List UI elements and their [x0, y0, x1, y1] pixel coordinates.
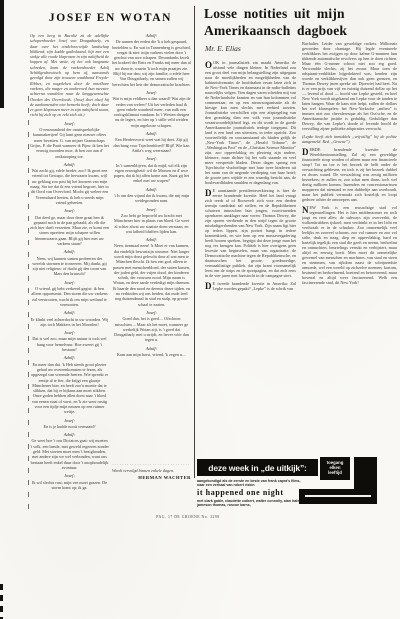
left-article-column-1: Op een berg in Bucolië zit de adellijke … — [30, 33, 109, 514]
continuation-notice: Wordt vervolgd binnen enkele dagen. — [112, 468, 191, 473]
ad-banner: deze week in „de uitkijk”: — [197, 459, 318, 476]
right-article-headline: Losse notities uit mijn Amerikaansch dag… — [204, 5, 356, 39]
verse-text: De namen der eeden die 'k u heb gespaard… — [112, 39, 191, 87]
speaker-label: Josef: — [112, 310, 191, 315]
speaker-label: Josef: — [112, 207, 191, 212]
article-paragraph: DERDE brandende kwestie: de Wereldtentoo… — [302, 147, 397, 202]
speaker-label: Josef: — [30, 121, 109, 126]
paragraph-text: E tweede brandende kwestie in Amerika: Z… — [213, 281, 297, 291]
dropcap: D — [205, 189, 212, 197]
headline-line-2: Amerikaansch dagboek — [204, 22, 356, 39]
ad-age-admission-box: toegang elken leeftijd — [320, 457, 350, 480]
article-paragraph: Buchalter. Leider van geweldige rackets.… — [302, 41, 397, 131]
verse-text: Dat is wel zoo, maar mijn natuur is toch… — [30, 336, 109, 352]
article-paragraph: NEW York is een reusachtige stad vol teg… — [302, 205, 397, 285]
paragraph-text: EW York is een reusachtige stad vol tege… — [302, 205, 397, 285]
paragraph-text: OK in journalistiek zin maakt Amerika de… — [205, 60, 296, 185]
paragraph-text: ERDE brandende kwestie: de Wereldtentoon… — [302, 147, 397, 202]
verse-text: Ik wil slechts rust; mijn vee moet graze… — [30, 480, 109, 491]
speaker-label: Josef: — [112, 90, 191, 95]
article-paragraph: OOK in journalistiek zin maakt Amerika d… — [205, 60, 296, 185]
left-article-headline: JOSEF EN WOTAN — [30, 12, 191, 24]
right-article-column-2: Buchalter. Leider van geweldige rackets.… — [302, 41, 397, 457]
speaker-label: Josef: — [30, 330, 109, 335]
speaker-label: Adolf: — [30, 310, 109, 315]
verse-text: Een Herdersvorst weet wat hij doet. Zijt… — [112, 137, 191, 153]
speaker-label: Josef: — [30, 280, 109, 285]
speaker-label: Adolf: — [112, 237, 191, 242]
dropcap: D — [302, 148, 309, 156]
intro-paragraph: Op een berg in Bucolië zit de adellijke … — [30, 33, 109, 118]
dotted-rule: ........................................… — [112, 461, 191, 466]
newspaper-page: JOSEF EN WOTAN Op een berg in Bucolië zi… — [0, 0, 400, 619]
byline: Mr. E. Elias — [205, 44, 241, 53]
author-signature: HERMAN WACHTER — [112, 475, 191, 480]
dropcap: D — [205, 282, 212, 290]
speaker-label: Adolf: — [30, 355, 109, 360]
verse-text: Wat zocht gij, edele herder, zoo? Ik gro… — [30, 168, 109, 205]
verse-text: Kom aan mijn borst, vriend, 'k zegen u..… — [112, 352, 191, 357]
paragraph-text: Buchalter. Leider van geweldige rackets.… — [302, 41, 397, 131]
speaker-label: Adolf: — [30, 249, 109, 254]
dropcap: N — [302, 206, 309, 214]
speaker-label: Adolf: — [112, 187, 191, 192]
verse-text: O vriend, gij hebt verkeerd gegist: ik b… — [30, 286, 109, 307]
article-paragraph: DE aanstaande presidentsverkiezing is hi… — [205, 188, 296, 278]
ad-description-text: aangekondigd als de eerste en beste van … — [197, 479, 303, 488]
dropcap: O — [205, 61, 212, 69]
verse-text: En meer dan dat. 'k Heb steeds groot ple… — [30, 362, 109, 415]
scan-edge-artifact — [0, 0, 4, 108]
speaker-label: Adolf: — [112, 33, 191, 38]
speaker-label: Josef: — [30, 418, 109, 423]
ad-film-title: it happened one night — [197, 488, 309, 497]
right-article-column-1: OOK in journalistiek zin maakt Amerika d… — [205, 60, 296, 459]
verse-text: O eenzaamheid der onuitsprekelijke kaasm… — [30, 127, 109, 159]
verse-text: Wat is mijn veldheer u dan waard? Wat zi… — [112, 96, 191, 128]
speaker-label: Adolf: — [112, 131, 191, 136]
headline-line-1: Losse notities uit mijn — [204, 5, 356, 22]
verse-text: Ge weet hoe 't ons Dictators gaat: wij m… — [30, 438, 109, 470]
speaker-label: Josef: — [30, 208, 109, 213]
verse-text: Neen, wij kunnen samen probeeren des wer… — [30, 256, 109, 277]
verse-text: Goed dan, het is goed.... Ofschoon missc… — [112, 316, 191, 342]
editorial-note: (Lepke heeft zich inmiddels „vrijwillig”… — [302, 134, 397, 144]
article-paragraph: DE tweede brandende kwestie in Amerika: … — [205, 281, 296, 291]
verse-text: 't Is om den vijand dat ik kwam, die mij… — [112, 193, 191, 204]
ad-corner-bracket-stripe — [305, 495, 371, 497]
verse-text: In 't samenblijven, dat ik mijd, wil elk… — [112, 163, 191, 184]
scan-edge-artifact — [0, 584, 3, 619]
page-footer: PAG. 17 DE GROENE No. 3298 — [138, 515, 238, 519]
speaker-label: Adolf: — [112, 346, 191, 351]
verse-text: Dat deed ge, maar door deze graat ben ik… — [30, 215, 109, 247]
verse-text: Er klinkt veel achterdocht in uw woorden… — [30, 317, 109, 328]
verse-text: Neen, tienmaal neen! 'k Moet er van kunn… — [112, 243, 191, 307]
left-article-column-2: Adolf: De namen der eeden die 'k u heb g… — [112, 33, 191, 480]
speaker-label: Josef: — [112, 156, 191, 161]
verse-text: En is je kudde nooit vermaaid? — [30, 424, 109, 429]
speaker-label: Josef: — [30, 473, 109, 478]
ad-cast-list: met clark gable, claudette colbert, walt… — [197, 499, 303, 508]
column-divider-line — [194, 6, 195, 478]
speaker-label: Adolf: — [30, 162, 109, 167]
verse-text: Zoo hebt ge beproefd uw kracht met Münch… — [112, 213, 191, 234]
paragraph-text: E aanstaande presidentsverkiezing is hie… — [205, 188, 296, 278]
speaker-label: Adolf: — [30, 432, 109, 437]
scan-edge-artifact — [28, 96, 29, 514]
article-ending: ........................................… — [112, 461, 191, 480]
